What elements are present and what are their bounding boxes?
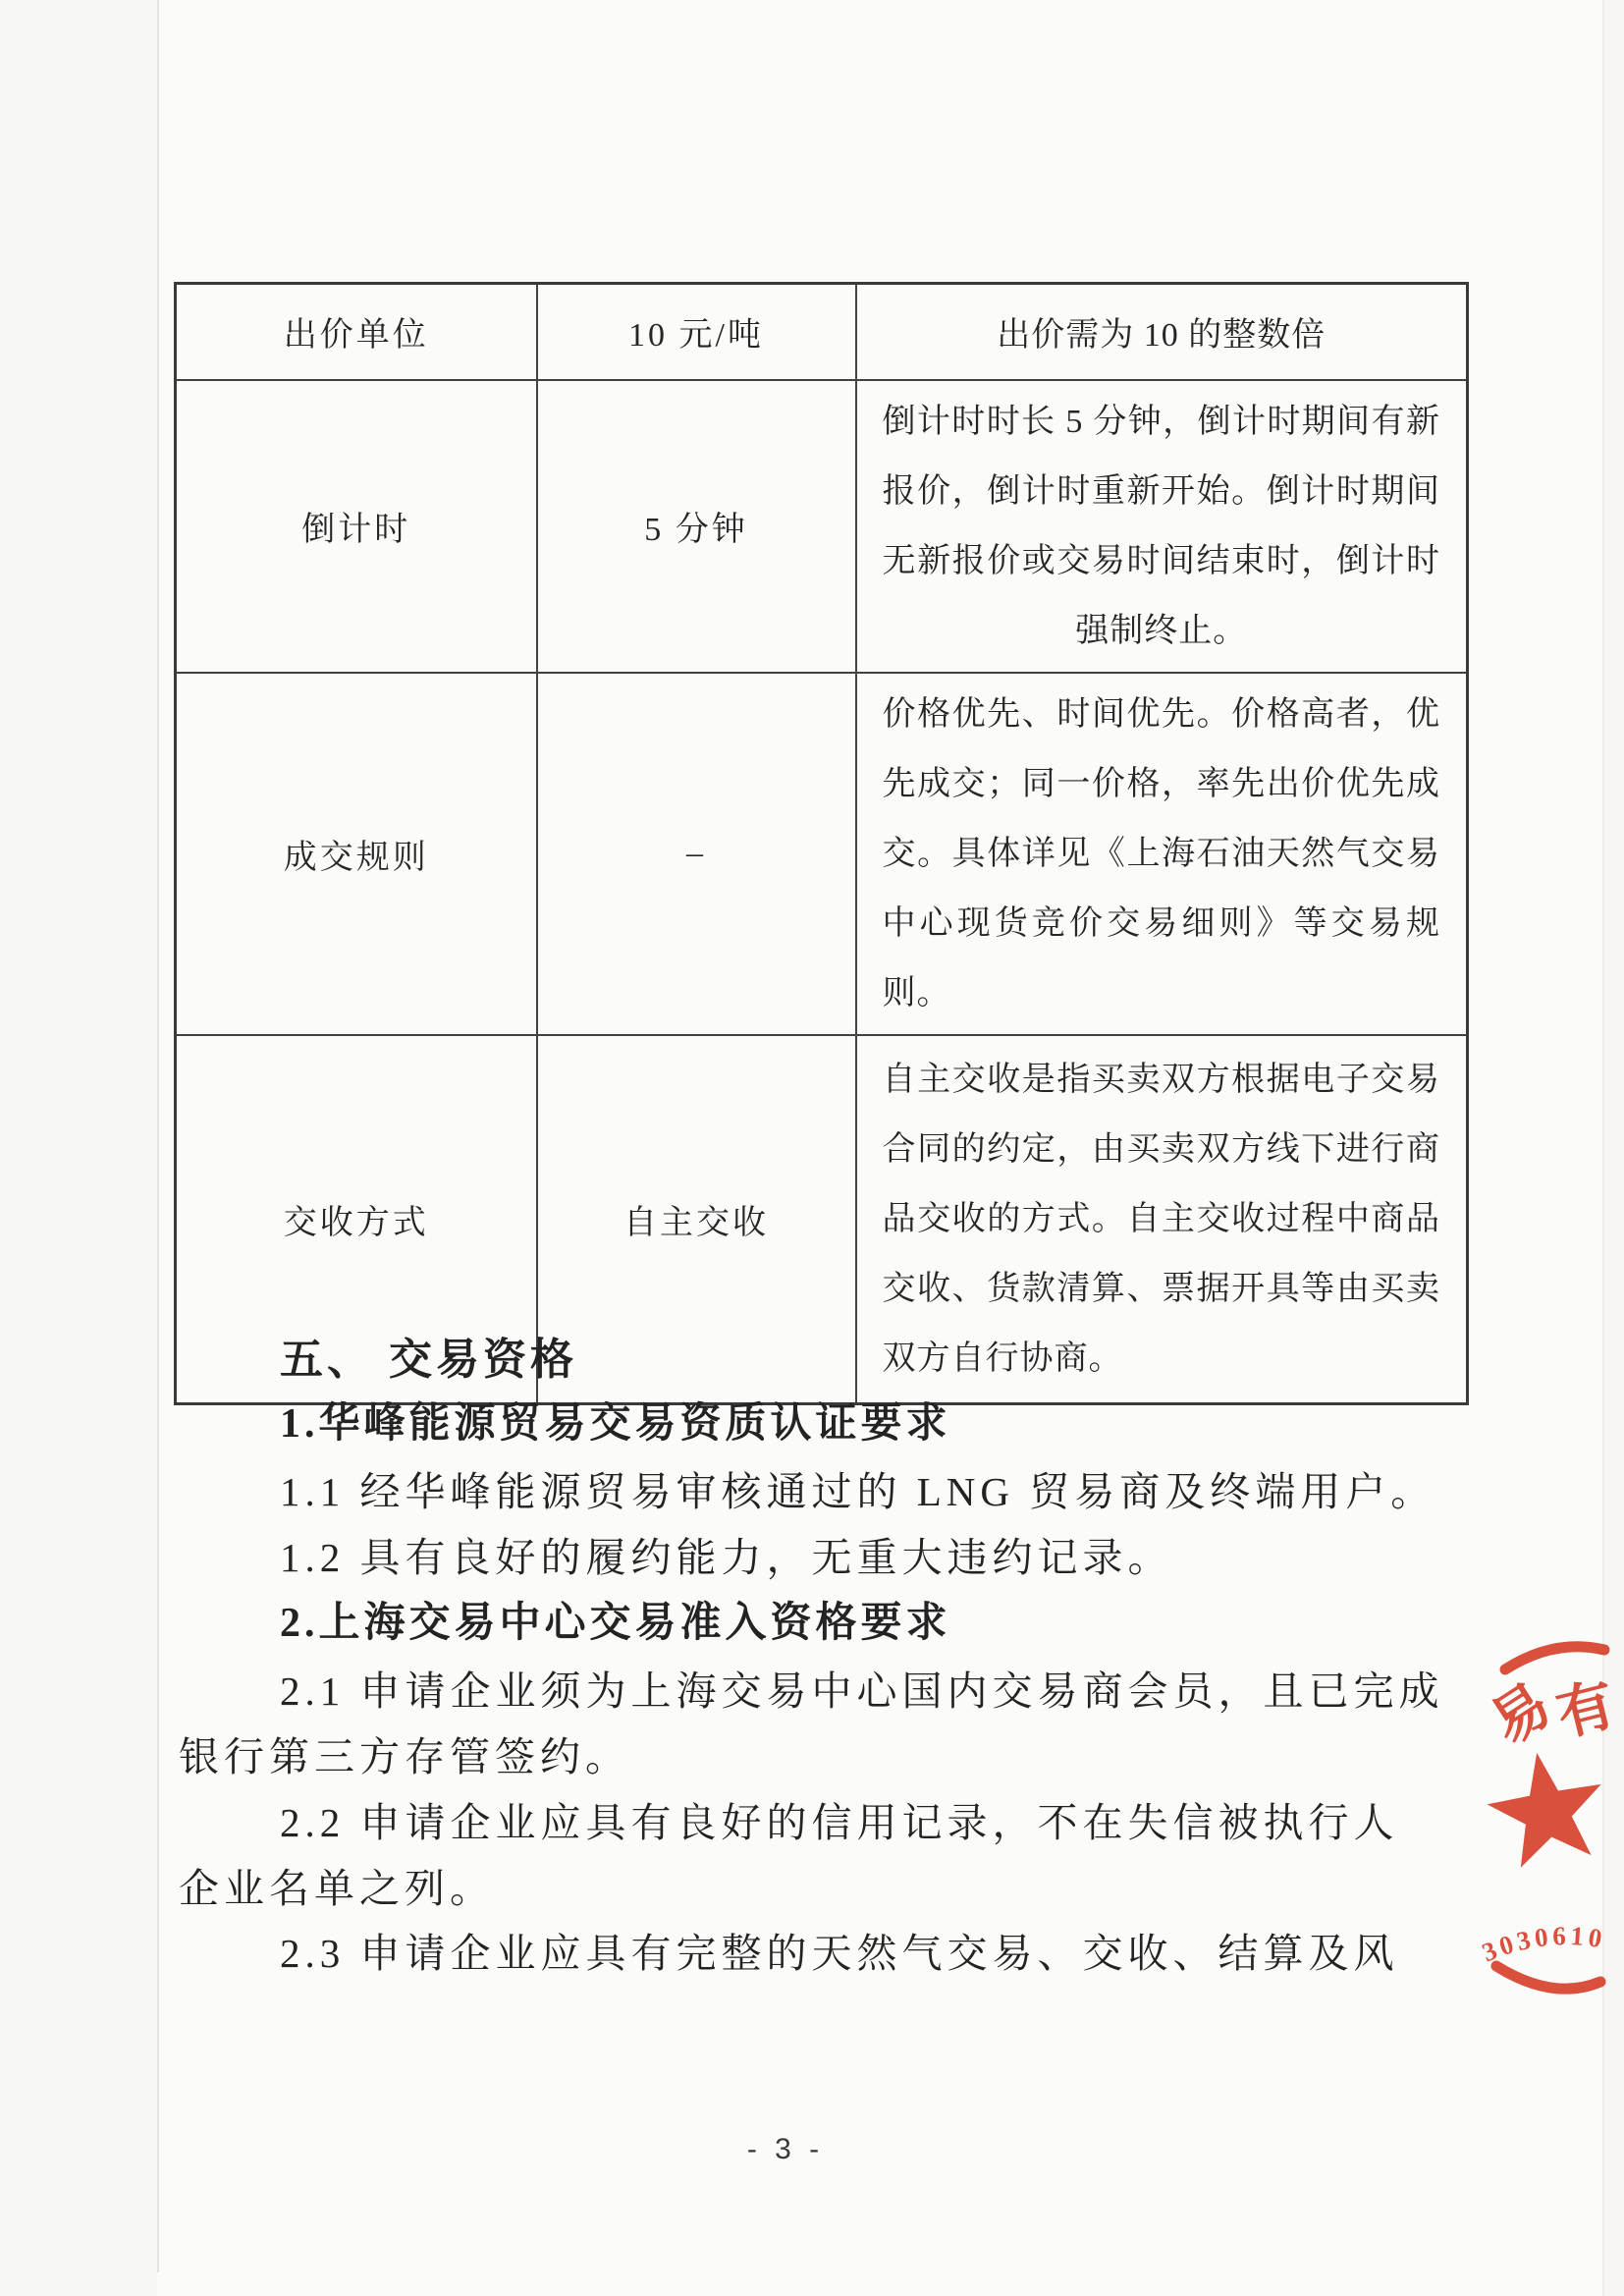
seal-character-2: 有 <box>1550 1672 1621 1748</box>
seal-ring-bottom-arc <box>1496 1966 1600 1989</box>
cell-label: 出价单位 <box>176 284 537 380</box>
cell-label: 倒计时 <box>176 380 537 673</box>
table-row-bid-unit: 出价单位 10 元/吨 出价需为 10 的整数倍 <box>176 284 1468 380</box>
body-line: 2.2 申请企业应具有良好的信用记录，不在失信被执行人 <box>280 1790 1399 1848</box>
seal-character-1: 易 <box>1480 1672 1562 1757</box>
cell-value: – <box>537 673 856 1035</box>
body-line: 1.1 经华峰能源贸易审核通过的 LNG 贸易商及终端用户。 <box>280 1459 1435 1517</box>
scan-seam-left <box>157 0 159 2272</box>
cell-value: 自主交收 <box>537 1035 856 1404</box>
red-seal-stamp: 易 有 3030610 <box>1443 1611 1624 2003</box>
table-row-matching-rule: 成交规则 – 价格优先、时间优先。价格高者，优先成交；同一价格，率先出价优先成交… <box>176 673 1468 1035</box>
cell-label: 成交规则 <box>176 673 537 1035</box>
body-line: 银行第三方存管签约。 <box>179 1724 630 1782</box>
seal-star-icon <box>1488 1753 1601 1868</box>
subsection-heading: 2.上海交易中心交易准入资格要求 <box>280 1590 951 1649</box>
subsection-heading: 1.华峰能源贸易交易资质认证要求 <box>280 1391 951 1449</box>
cell-description: 自主交收是指买卖双方根据电子交易合同的约定，由买卖双方线下进行商品交收的方式。自… <box>856 1035 1468 1404</box>
table-row-countdown: 倒计时 5 分钟 倒计时时长 5 分钟，倒计时期间有新报价，倒计时重新开始。倒计… <box>176 380 1468 673</box>
trading-spec-table: 出价单位 10 元/吨 出价需为 10 的整数倍 倒计时 5 分钟 倒计时时长 … <box>174 282 1469 1405</box>
page-number: - 3 - <box>684 2133 887 2166</box>
scan-edge-left <box>0 0 157 2296</box>
scanned-document-page: 出价单位 10 元/吨 出价需为 10 的整数倍 倒计时 5 分钟 倒计时时长 … <box>0 0 1624 2296</box>
seal-serial-number: 3030610 <box>1478 1921 1607 1967</box>
cell-description: 出价需为 10 的整数倍 <box>856 284 1468 380</box>
body-line: 1.2 具有良好的履约能力，无重大违约记录。 <box>280 1525 1173 1583</box>
seal-ring-top-arc <box>1505 1647 1604 1669</box>
section-heading: 五、 交易资格 <box>280 1324 577 1387</box>
body-line: 企业名单之列。 <box>179 1856 495 1914</box>
cell-description: 倒计时时长 5 分钟，倒计时期间有新报价，倒计时重新开始。倒计时期间无新报价或交… <box>856 380 1468 673</box>
body-line: 2.1 申请企业须为上海交易中心国内交易商会员，且已完成 <box>280 1659 1444 1717</box>
cell-value: 5 分钟 <box>537 380 856 673</box>
cell-description: 价格优先、时间优先。价格高者，优先成交；同一价格，率先出价优先成交。具体详见《上… <box>856 673 1468 1035</box>
body-line: 2.3 申请企业应具有完整的天然气交易、交收、结算及风 <box>280 1921 1399 1979</box>
cell-value: 10 元/吨 <box>537 284 856 380</box>
